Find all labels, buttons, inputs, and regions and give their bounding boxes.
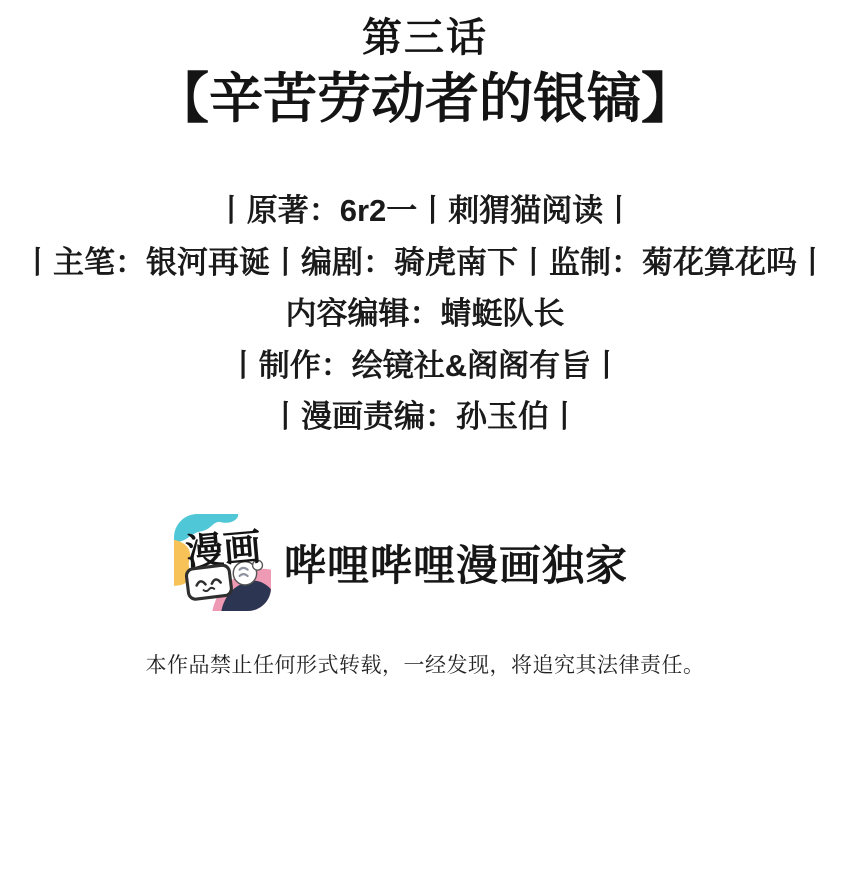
credit-line-content-editor: 内容编辑：蜻蜓队长 — [0, 288, 850, 340]
credit-line-production: 丨制作：绘镜社&阁阁有旨丨 — [0, 340, 850, 392]
manga-credits-page: 第三话 【辛苦劳动者的银镐】 丨原著：6r2一丨刺猬猫阅读丨 丨主笔：银河再诞丨… — [0, 0, 850, 870]
credit-line-original-author: 丨原著：6r2一丨刺猬猫阅读丨 — [0, 185, 850, 237]
credit-line-manga-editor: 丨漫画责编：孙玉伯丨 — [0, 391, 850, 443]
bilibili-manga-logo-icon: 漫画 — [174, 514, 271, 611]
credits-block: 丨原著：6r2一丨刺猬猫阅读丨 丨主笔：银河再诞丨编剧：骑虎南下丨监制：菊花算花… — [0, 185, 850, 443]
publisher-row: 漫画 哔哩哔哩漫画独家 — [0, 514, 826, 611]
platform-exclusive-label: 哔哩哔哩漫画独家 — [284, 533, 628, 593]
chapter-title: 【辛苦劳动者的银镐】 — [0, 56, 850, 133]
credit-line-artist-writer-supervisor: 丨主笔：银河再诞丨编剧：骑虎南下丨监制：菊花算花吗丨 — [0, 237, 850, 289]
logo-tv-face-icon — [186, 564, 233, 600]
chapter-label: 第三话 — [0, 6, 850, 63]
copyright-disclaimer: 本作品禁止任何形式转载，一经发现，将追究其法律责任。 — [0, 649, 850, 679]
